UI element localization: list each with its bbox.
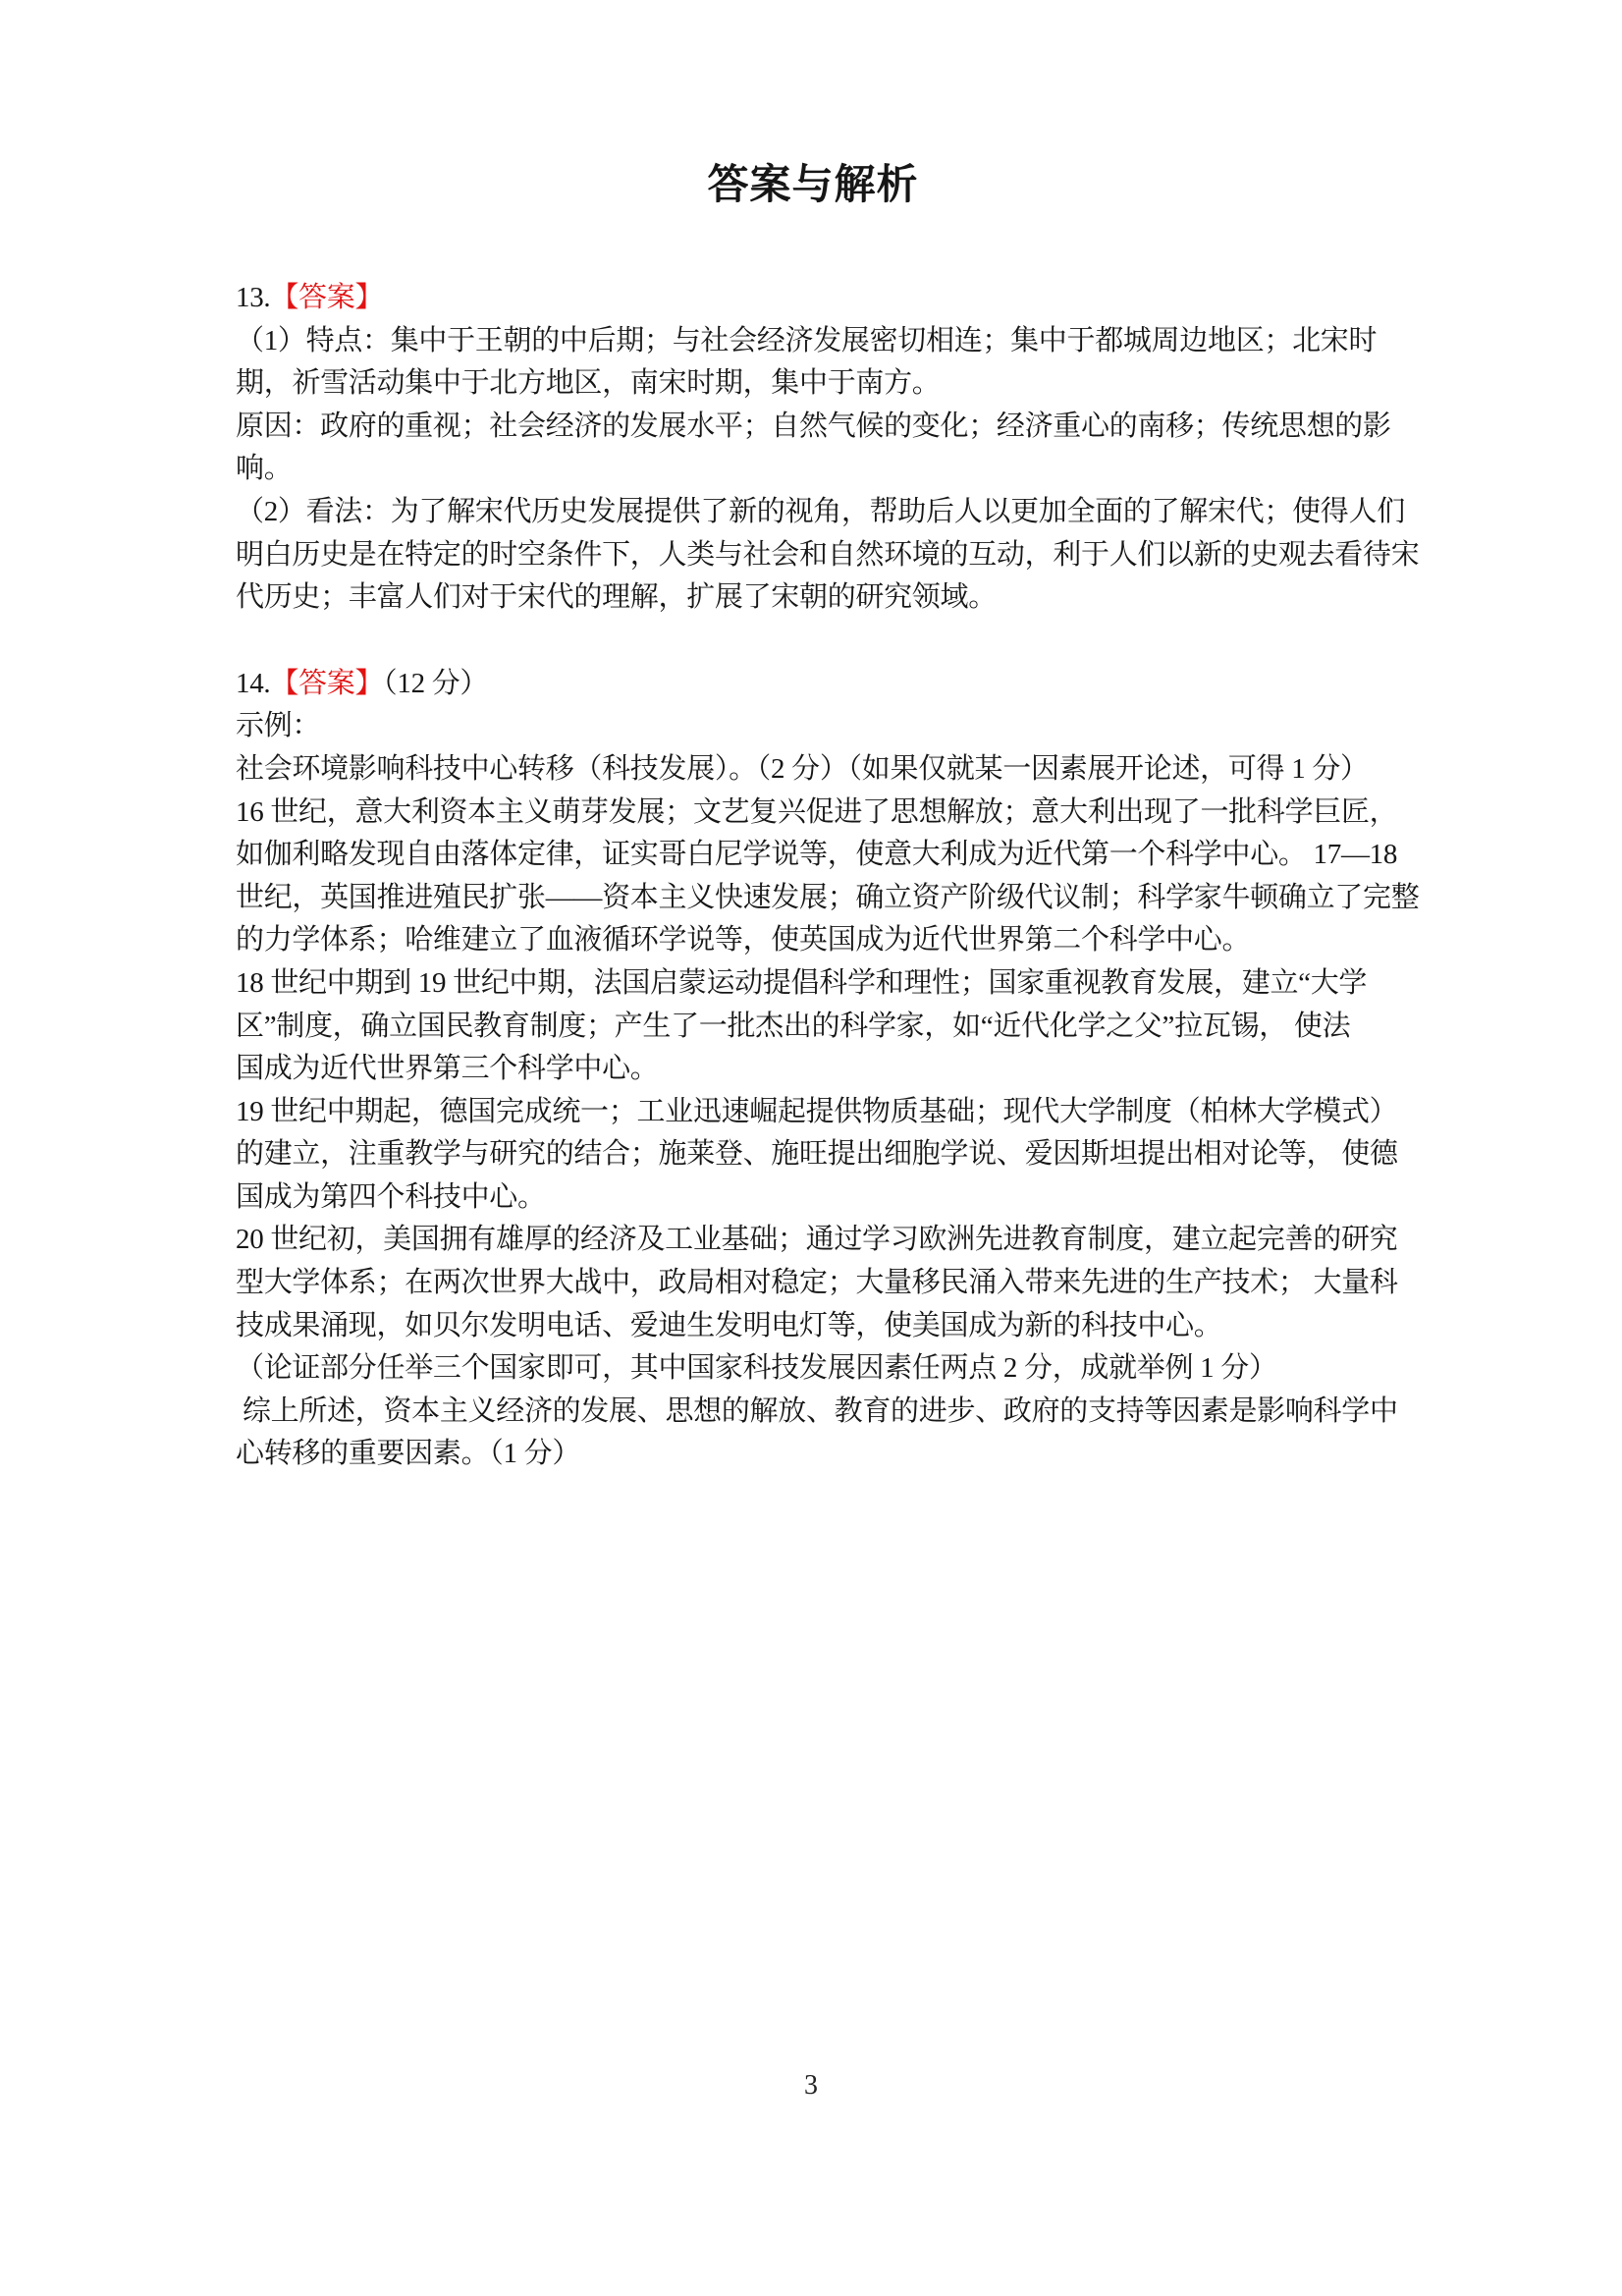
text-line: 19 世纪中期起，德国完成统一；工业迅速崛起提供物质基础；现代大学制度（柏林大学…	[236, 1091, 1390, 1134]
page-title: 答案与解析	[236, 0, 1390, 212]
text-line: 社会环境影响科技中心转移（科技发展）。（2 分）（如果仅就某一因素展开论述，可得…	[236, 748, 1390, 792]
text-line: （论证部分任举三个国家即可，其中国家科技发展因素任两点 2 分，成就举例 1 分…	[236, 1347, 1390, 1391]
text-line: （1）特点：集中于王朝的中后期；与社会经济发展密切相连；集中于都城周边地区；北宋…	[236, 320, 1390, 363]
text-line: 示例：	[236, 705, 1390, 748]
text-line: 原因：政府的重视；社会经济的发展水平；自然气候的变化；经济重心的南移；传统思想的…	[236, 406, 1390, 449]
text-line: 如伽利略发现自由落体定律，证实哥白尼学说等，使意大利成为近代第一个科学中心。 1…	[236, 834, 1390, 877]
text-line: 技成果涌现，如贝尔发明电话、爱迪生发明电灯等，使美国成为新的科技中心。	[236, 1305, 1390, 1348]
answer-section-14: 14.【答案】（12 分） 示例： 社会环境影响科技中心转移（科技发展）。（2 …	[236, 663, 1390, 1476]
text-line: 16 世纪，意大利资本主义萌芽发展；文艺复兴促进了思想解放；意大利出现了一批科学…	[236, 792, 1390, 835]
score-note: （12 分）	[383, 668, 488, 699]
text-line: 响。	[236, 448, 1390, 491]
answer-label: 【答案】	[270, 668, 383, 699]
question-number: 13.	[236, 282, 270, 313]
text-line: 国成为近代世界第三个科学中心。	[236, 1048, 1390, 1091]
text-line: 明白历史是在特定的时空条件下，人类与社会和自然环境的互动，利于人们以新的史观去看…	[236, 534, 1390, 577]
text-line: 世纪，英国推进殖民扩张——资本主义快速发展；确立资产阶级代议制；科学家牛顿确立了…	[236, 877, 1390, 920]
page-number: 3	[0, 2064, 1622, 2107]
text-line: （2）看法：为了解宋代历史发展提供了新的视角，帮助后人以更加全面的了解宋代；使得…	[236, 491, 1390, 534]
text-line: 20 世纪初，美国拥有雄厚的经济及工业基础；通过学习欧洲先进教育制度，建立起完善…	[236, 1219, 1390, 1262]
text-line: 型大学体系；在两次世界大战中，政局相对稳定；大量移民涌入带来先进的生产技术； 大…	[236, 1262, 1390, 1305]
text-line: 心转移的重要因素。（1 分）	[236, 1433, 1390, 1476]
document-page: 答案与解析 13.【答案】 （1）特点：集中于王朝的中后期；与社会经济发展密切相…	[236, 0, 1390, 1476]
text-line: 代历史；丰富人们对于宋代的理解，扩展了宋朝的研究领域。	[236, 576, 1390, 620]
answer-label: 【答案】	[270, 282, 383, 313]
text-line: 国成为第四个科技中心。	[236, 1176, 1390, 1220]
text-line: 的力学体系；哈维建立了血液循环学说等，使英国成为近代世界第二个科学中心。	[236, 919, 1390, 962]
text-line: 的建立，注重教学与研究的结合；施莱登、施旺提出细胞学说、爱因斯坦提出相对论等， …	[236, 1133, 1390, 1176]
text-line: 期，祈雪活动集中于北方地区，南宋时期，集中于南方。	[236, 362, 1390, 406]
text-line: 18 世纪中期到 19 世纪中期，法国启蒙运动提倡科学和理性；国家重视教育发展，…	[236, 962, 1390, 1006]
text-line: 区”制度，确立国民教育制度；产生了一批杰出的科学家，如“近代化学之父”拉瓦锡， …	[236, 1006, 1390, 1049]
answer-section-13: 13.【答案】 （1）特点：集中于王朝的中后期；与社会经济发展密切相连；集中于都…	[236, 277, 1390, 620]
answer-13-heading: 13.【答案】	[236, 277, 1390, 320]
text-line: 综上所述，资本主义经济的发展、思想的解放、教育的进步、政府的支持等因素是影响科学…	[236, 1391, 1390, 1434]
answer-14-heading: 14.【答案】（12 分）	[236, 663, 1390, 706]
question-number: 14.	[236, 668, 270, 699]
